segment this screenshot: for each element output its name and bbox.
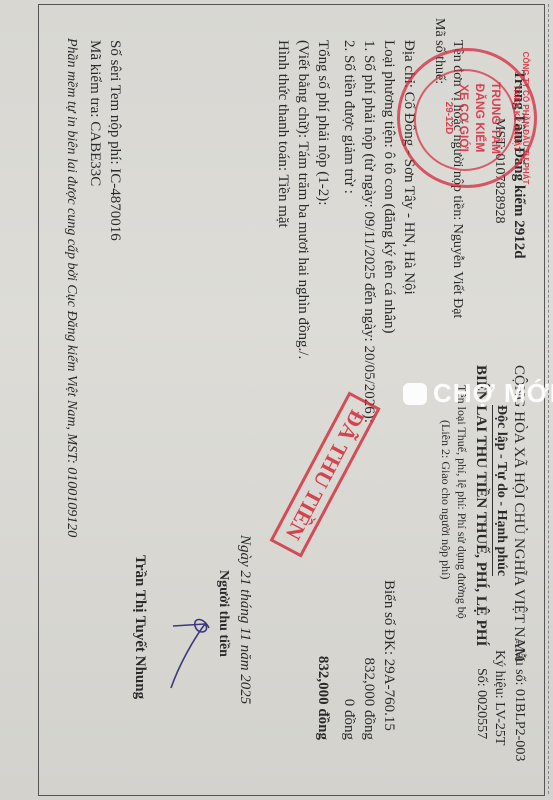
symbol: Ký hiệu: LV-25T [491,650,507,745]
signer-role: Người thu tiền [215,570,231,657]
fee-line: 1. Số phí phải nộp (từ ngày: 09/11/2025 … [360,40,377,423]
check-code: Mã kiểm tra: CABE33C [86,40,103,186]
fee-amount: 832,000 đồng [360,600,377,740]
company-seal: CÔNG TY CỔ PHẦN ĐẦU TƯ PHÁT TRIỂN KỸ THU… [397,48,537,188]
copy-note: (Liên 2: Giao cho người nộp phí) [438,420,453,580]
receipt-document: Trung Tâm Đăng kiểm 2912d MST: 010782892… [0,0,553,800]
vehicle-type: Loại phương tiện: ô tô con (đăng ký tên … [380,40,397,333]
fee-type: Tên loại Thuế, phí, lệ phí: Phí sử dụng … [454,385,469,619]
stamp-serial: Số sêri Tem nộp phí: IC-4870016 [106,40,123,241]
amount-in-words: (Viết bằng chữ): Tám trăm ba mươi hai ng… [294,40,311,359]
receipt-number: Số: 0020557 [473,668,489,739]
form-number: Mẫu số: 01BLP2-003 [511,640,527,761]
signer-name: Trần Thị Tuyết Nhung [131,555,148,699]
discount-amount: 0 đồng [340,600,357,740]
country-heading: CỘNG HÒA XÃ HỘI CHỦ NGHĨA VIỆT NAM [510,365,527,662]
payment-method: Hình thức thanh toán: Tiền mặt [274,40,291,228]
total-amount: 832,000 đồng [314,600,331,740]
motto: Độc lập - Tự do - Hạnh phúc [492,405,509,576]
discount-line: 2. Số tiền được giảm trừ : [340,40,357,194]
plate-number: Biển số ĐK: 29A-760.15 [380,580,397,731]
sign-date: Ngày 21 tháng 11 năm 2025 [236,535,253,704]
signature-scribble [163,610,213,690]
watermark-logo-icon [403,383,427,405]
software-note: Phần mềm tự in biên lai được cung cấp bở… [63,38,79,537]
total-line: Tổng số phí phải nộp (1-2): [314,40,331,205]
seal-center-text: TRUNG TÂM ĐĂNG KIỂM XE CƠ GIỚI 29-12D [440,51,504,185]
watermark: CHỢ MỚI [403,378,553,409]
